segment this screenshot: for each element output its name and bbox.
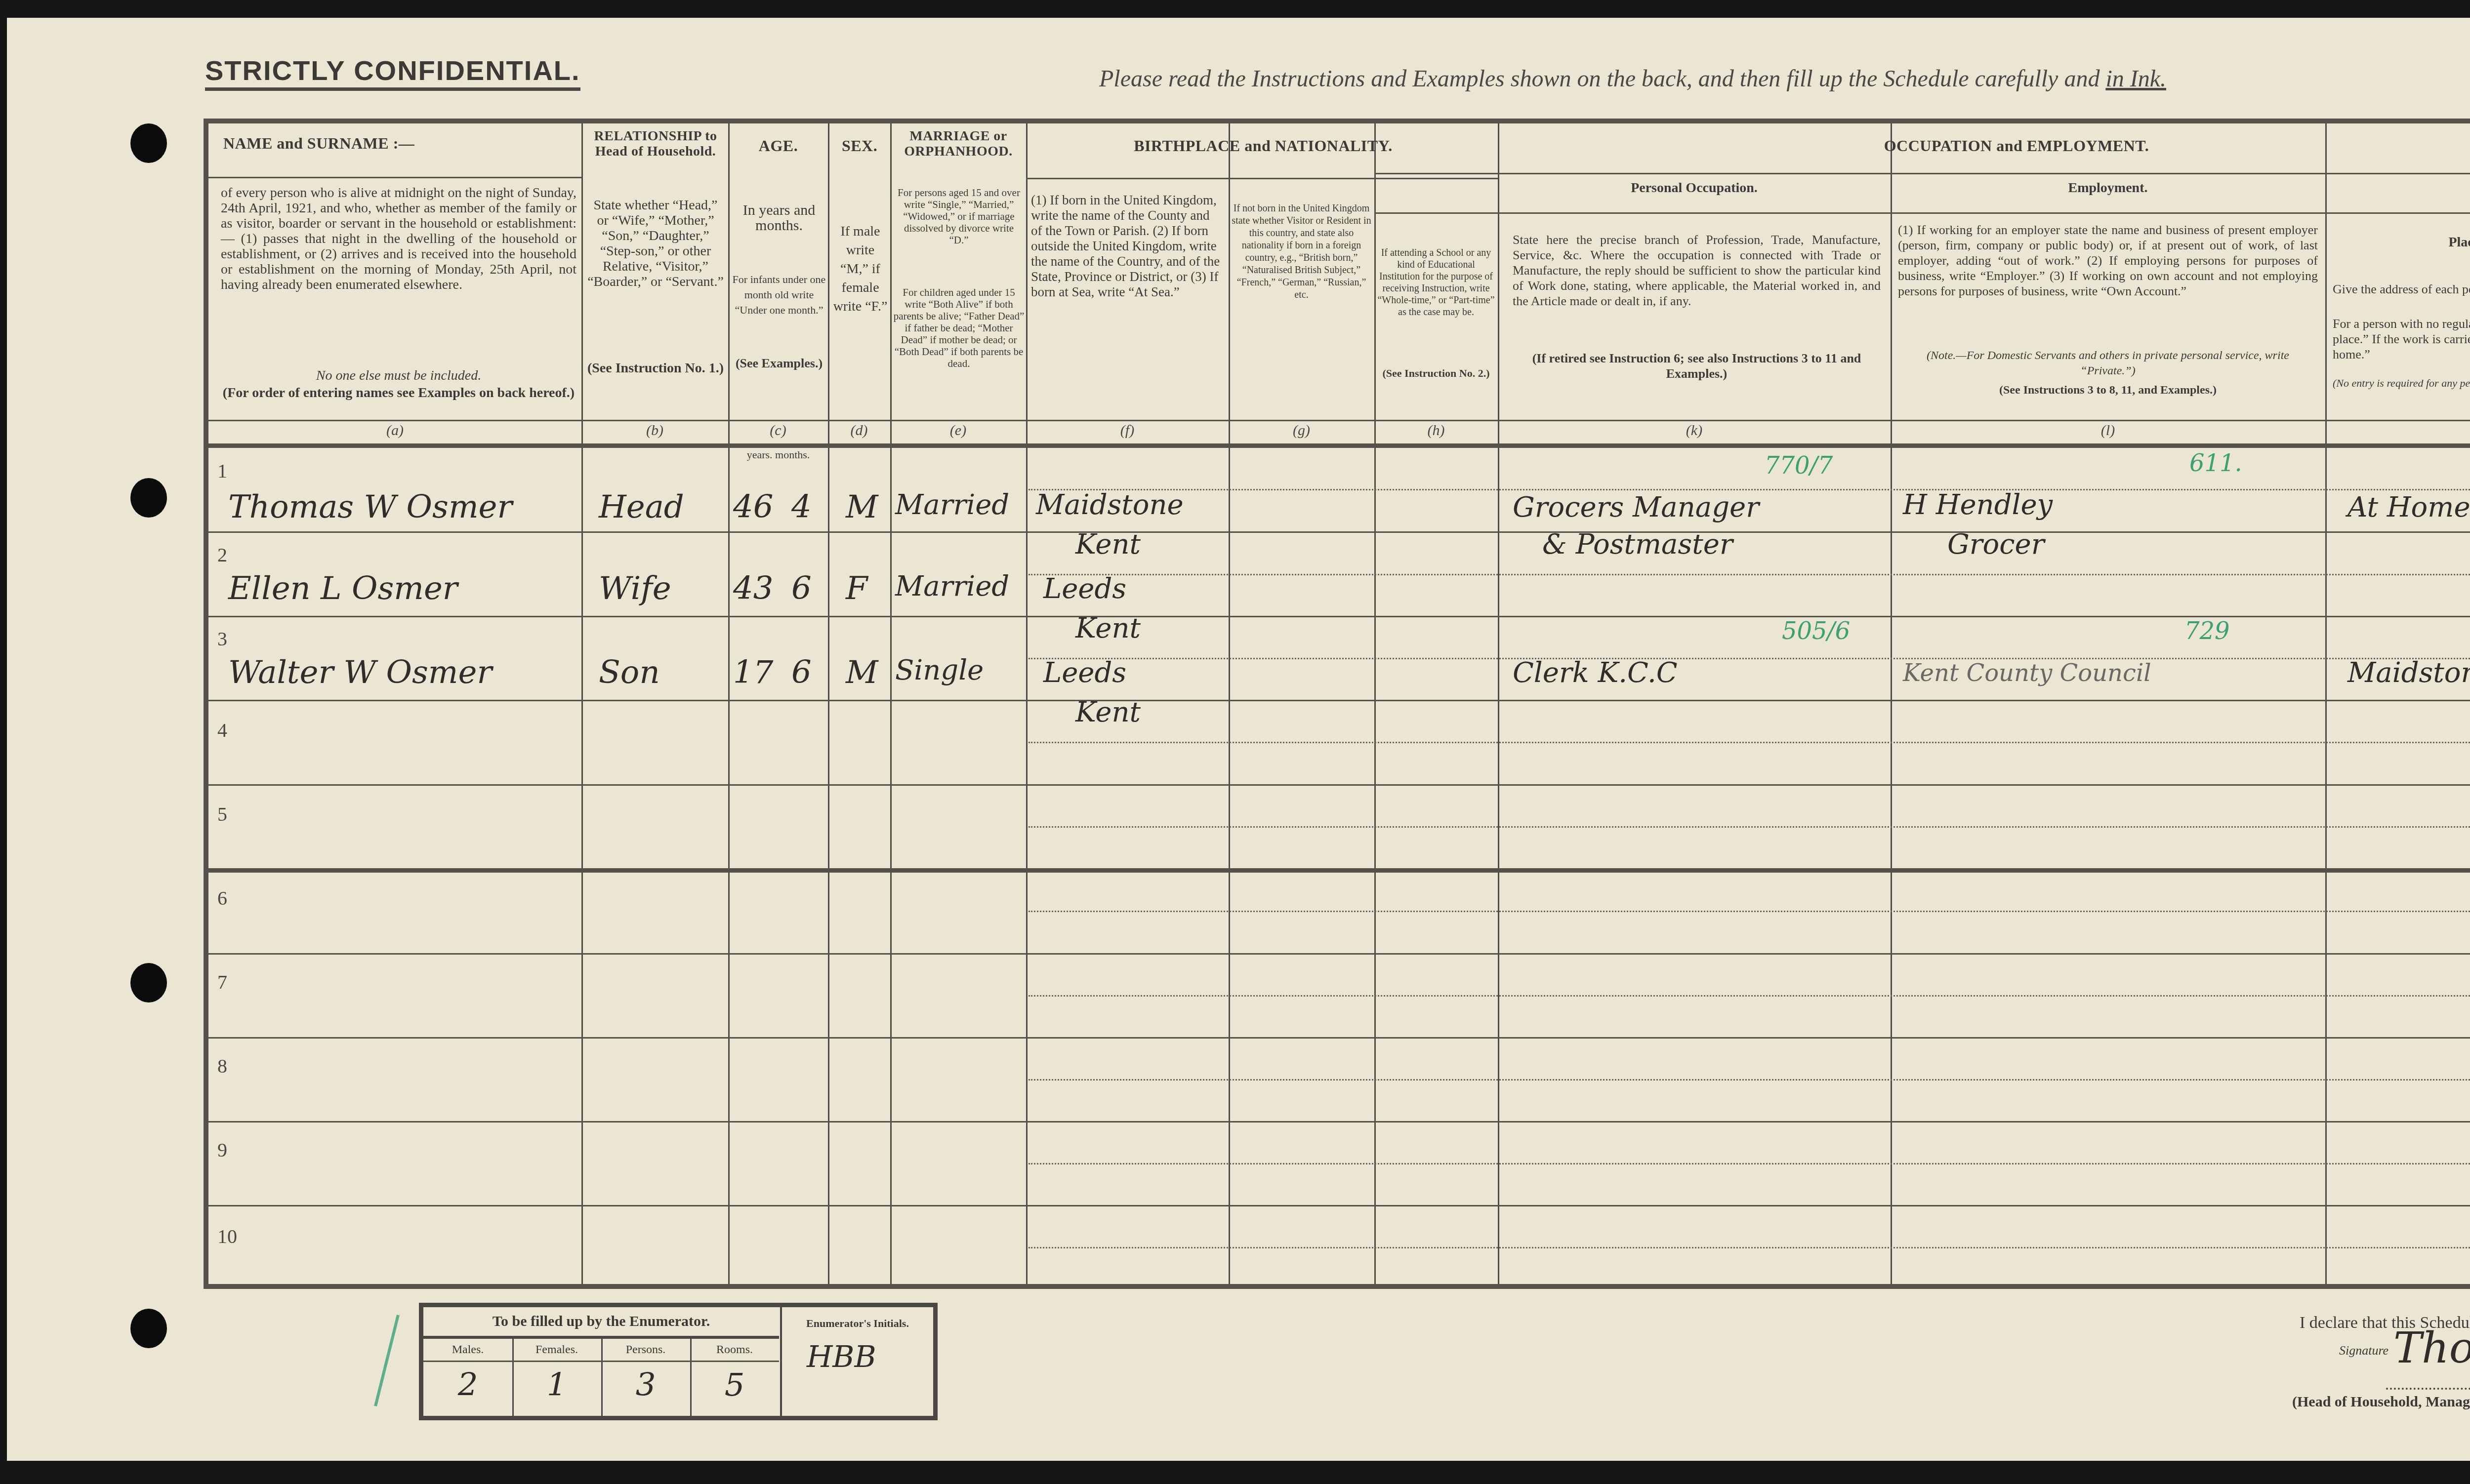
row-number: 6 [217,886,227,910]
occupation-code: 505/6 [1782,617,1850,645]
birthplace-county-cell[interactable]: Kent [1075,696,1141,728]
row-rule [208,616,2470,617]
col-divider [1374,123,1376,1284]
half-rule [1029,911,2470,912]
employment-cell-2[interactable]: Grocer [1947,528,2045,561]
col-m-text: Give the address of each person’s place … [2333,281,2470,297]
col-l-title: Employment. [1891,180,2325,196]
persons-field[interactable]: Persons.3 [601,1339,692,1416]
name-cell[interactable]: Ellen L Osmer [228,570,457,607]
row-rule [208,953,2470,955]
marriage-cell[interactable]: Single [895,654,984,686]
col-a-title: NAME and SURNAME :— [223,136,569,151]
age-years-cell[interactable]: 43 [733,570,773,607]
sex-cell[interactable]: F [846,570,867,607]
col-a-note2: (For order of entering names see Example… [221,385,576,401]
name-cell[interactable]: Thomas W Osmer [228,489,512,525]
col-divider [1026,123,1028,1284]
relationship-cell[interactable]: Son [599,654,660,691]
col-h-text: If attending a School or any kind of Edu… [1377,247,1495,318]
col-g-text: If not born in the United Kingdom state … [1231,202,1372,301]
signature-label: Signature [2339,1343,2388,1358]
half-rule [1029,826,2470,828]
col-divider [890,123,892,1284]
col-k-title: Personal Occupation. [1498,180,1891,196]
age-years-cell[interactable]: 17 [733,654,773,691]
punch-hole [130,1309,167,1348]
age-years-cell[interactable]: 46 [733,489,773,525]
row-rule [208,784,2470,786]
col-divider [1229,123,1230,1284]
col-letter: (k) [1498,422,1891,439]
relationship-cell[interactable]: Wife [599,570,671,607]
col-b-title: RELATIONSHIP to Head of Household. [584,128,727,159]
place-of-work-cell[interactable]: Maidstone [2347,657,2470,689]
punch-hole [130,478,167,518]
place-of-work-cell[interactable]: At Home [2347,491,2470,523]
signature-block: Signature Thomas W Osmer [2339,1343,2388,1358]
row-rule [208,700,2470,701]
rooms-field[interactable]: Rooms.5 [690,1339,779,1416]
employment-code: 729 [2184,617,2230,645]
col-k-text: State here the precise branch of Profess… [1513,232,1881,309]
col-b-text: State whether “Head,” or “Wife,” “Mother… [586,198,725,289]
signature-value[interactable]: Thomas W Osmer [2393,1324,2470,1373]
col-letter: (d) [828,422,890,439]
employment-cell[interactable]: H Hendley [1903,489,2053,521]
header-bottom-rule [208,443,2470,448]
col-c-title: AGE. [730,138,826,154]
signature-line [2386,1388,2470,1390]
col-divider [2325,123,2327,1284]
row-number: 7 [217,970,227,994]
col-e-note: For children aged under 15 write “Both A… [893,286,1025,369]
marriage-cell[interactable]: Married [895,570,1009,602]
males-field[interactable]: Males.2 [423,1339,514,1416]
sex-cell[interactable]: M [846,654,878,691]
row-number: 10 [217,1225,237,1248]
employment-cell[interactable]: Kent County Council [1903,659,2151,687]
col-letter: (f) [1026,422,1229,439]
field-value[interactable]: 2 [423,1362,512,1404]
col-letter: (e) [890,422,1026,439]
page-title: STRICTLY CONFIDENTIAL. [205,54,580,91]
birthplace-town-cell[interactable]: Leeds [1043,657,1126,689]
field-label: Rooms. [690,1339,779,1362]
age-months-cell[interactable]: 4 [791,489,812,525]
row-rule [208,1205,2470,1206]
row-number: 1 [217,459,227,482]
row-rule [208,868,2470,873]
occupation-cell[interactable]: Clerk K.C.C [1513,657,1678,689]
col-m-title: Place of Work. [2328,235,2470,250]
occupation-code: 770/7 [1765,452,1833,480]
half-rule [1029,995,2470,997]
instruction-line: Please read the Instructions and Example… [1099,65,2166,92]
initials-value[interactable]: HBB [807,1340,958,1374]
col-b-note: (See Instruction No. 1.) [586,361,725,376]
birthplace-town-cell[interactable]: Maidstone [1036,489,1184,521]
row-number: 4 [217,719,227,742]
occupation-title: OCCUPATION and EMPLOYMENT. [1374,138,2470,154]
header-rule [1374,212,2470,214]
half-rule [1029,1163,2470,1164]
half-rule [1029,742,2470,743]
sex-cell[interactable]: M [846,489,878,525]
occupation-cell-2[interactable]: & Postmaster [1542,528,1733,561]
col-letter: (h) [1374,422,1498,439]
col-divider [828,123,829,1284]
col-a-text: of every person who is alive at midnight… [221,185,576,292]
marriage-cell[interactable]: Married [895,489,1009,521]
col-c-note2: (See Examples.) [732,356,826,371]
enumerator-box: To be filled up by the Enumerator. Males… [419,1303,938,1420]
header-rule [208,177,581,178]
col-k-note: (If retired see Instruction 6; see also … [1513,351,1881,381]
col-letter: (a) [208,422,581,439]
col-letter: (b) [581,422,728,439]
signature-caption: (Head of Household, Manager of Establish… [2292,1394,2470,1410]
col-letter: (m) [2325,422,2470,439]
col-divider [581,123,583,1284]
row-rule [208,531,2470,533]
name-cell[interactable]: Walter W Osmer [228,654,492,691]
col-l-note: (Note.—For Domestic Servants and others … [1898,348,2318,379]
col-c-text: In years and months. [732,202,826,233]
row-number: 9 [217,1138,227,1162]
col-divider [1498,123,1499,1284]
birthplace-town-cell[interactable]: Leeds [1043,573,1126,605]
col-f-text: (1) If born in the United Kingdom, write… [1031,193,1224,300]
field-label: Persons. [601,1339,690,1362]
row-rule [208,1037,2470,1039]
household-table: NAME and SURNAME :— of every person who … [204,119,2470,1289]
col-e-title: MARRIAGE or ORPHANHOOD. [892,128,1025,159]
half-rule [1029,574,2470,575]
col-l-text: (1) If working for an employer state the… [1898,222,2318,299]
col-letter: (c) [728,422,828,439]
row-number: 8 [217,1054,227,1078]
row-number: 5 [217,802,227,826]
col-letter: (g) [1229,422,1374,439]
col-e-text: For persons aged 15 and over write “Sing… [893,187,1025,246]
half-rule [1029,1247,2470,1248]
enumerator-initials-field[interactable]: Enumerator's Initials. HBB [780,1307,933,1416]
col-m-note: For a person with no regular place of wo… [2333,316,2470,362]
col-d-title: SEX. [830,138,889,154]
letter-rule [208,420,2470,421]
half-rule [1029,1079,2470,1081]
col-c-note: For infants under one month old write “U… [732,272,826,318]
birthplace-county-cell[interactable]: Kent [1075,528,1141,561]
row-number: 3 [217,627,227,650]
punch-hole [130,963,167,1003]
half-rule [1029,658,2470,659]
field-value[interactable]: 5 [690,1362,779,1404]
field-label: Females. [512,1339,601,1362]
header-rule [1374,173,2470,174]
field-value[interactable]: 3 [601,1362,690,1404]
punch-hole [130,123,167,163]
field-label: Males. [423,1339,512,1362]
birthplace-county-cell[interactable]: Kent [1075,612,1141,644]
col-d-text: If male write “M,” if female write “F.” [832,222,889,316]
col-divider [728,123,730,1284]
col-divider [1891,123,1892,1284]
col-l-note2: (See Instructions 3 to 8, 11, and Exampl… [1898,383,2318,398]
col-a-note: No one else must be included. [221,368,576,383]
initials-label: Enumerator's Initials. [782,1307,933,1330]
col-h-note: (See Instruction No. 2.) [1377,365,1495,381]
enumerator-box-heading: To be filled up by the Enumerator. [423,1307,779,1339]
col-letter: (l) [1891,422,2325,439]
age-months-cell[interactable]: 6 [791,570,812,607]
age-months-cell[interactable]: 6 [791,654,812,691]
age-subheader: years. months. [730,447,826,462]
employment-code: 611. [2189,449,2242,477]
header-rule [1026,178,1498,179]
col-m-note2: (No entry is required for any person who… [2333,375,2470,391]
relationship-cell[interactable]: Head [599,489,684,525]
occupation-cell[interactable]: Grocers Manager [1513,491,1759,523]
field-value[interactable]: 1 [512,1362,601,1404]
half-rule [1029,489,2470,490]
females-field[interactable]: Females.1 [512,1339,603,1416]
row-rule [208,1121,2470,1123]
row-number: 2 [217,543,227,566]
